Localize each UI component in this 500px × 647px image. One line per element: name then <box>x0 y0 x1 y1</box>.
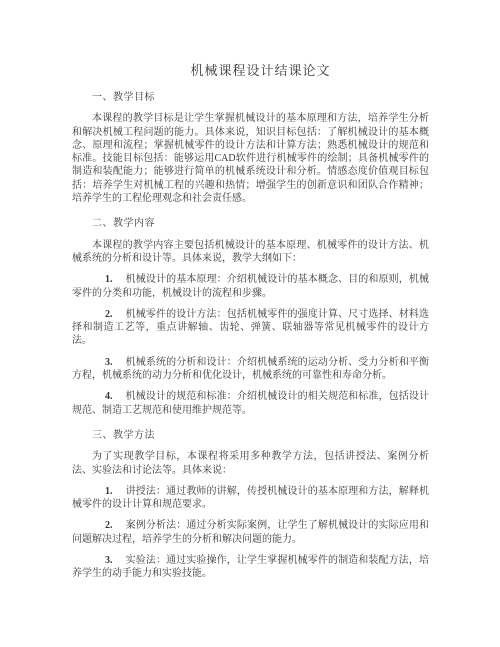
section-heading-teaching-methods: 三、教学方法 <box>72 429 429 442</box>
list-item-number: 1. <box>105 486 126 497</box>
list-item-method-2: 2.案例分析法：通过分析实际案例，让学生了解机械设计的实际应用和问题解决过程，培… <box>72 519 429 546</box>
list-item-number: 2. <box>105 309 126 320</box>
list-item-method-1: 1.讲授法：通过教师的讲解，传授机械设计的基本原理和方法，解释机械零件的设计计算… <box>72 485 429 512</box>
list-item-text: 机械系统的分析和设计：介绍机械系统的运动分析、受力分析和平衡方程，机械系统的动力… <box>72 357 429 381</box>
list-item-content-1: 1.机械设计的基本原理：介绍机械设计的基本概念、目的和原则，机械零件的分类和功能… <box>72 273 429 300</box>
list-item-number: 2. <box>105 520 126 531</box>
list-item-content-2: 2.机械零件的设计方法：包括机械零件的强度计算、尺寸选择、材料选择和制造工艺等，… <box>72 308 429 348</box>
list-item-text: 机械设计的基本原理：介绍机械设计的基本概念、目的和原则，机械零件的分类和功能，机… <box>72 274 429 298</box>
list-item-text: 机械零件的设计方法：包括机械零件的强度计算、尺寸选择、材料选择和制造工艺等，重点… <box>72 309 429 347</box>
list-item-number: 3. <box>105 555 126 566</box>
list-item-number: 3. <box>105 357 126 368</box>
paragraph-teaching-content-intro: 本课程的教学内容主要包括机械设计的基本原理、机械零件的设计方法、机械系统的分析和… <box>72 239 429 266</box>
list-item-method-3: 3.实验法：通过实验操作，让学生掌握机械零件的制造和装配方法，培养学生的动手能力… <box>72 554 429 581</box>
list-item-text: 实验法：通过实验操作，让学生掌握机械零件的制造和装配方法，培养学生的动手能力和实… <box>72 555 429 579</box>
document-content: 机械课程设计结课论文 一、教学目标 本课程的教学目标是让学生掌握机械设计的基本原… <box>0 0 500 581</box>
section-heading-teaching-objectives: 一、教学目标 <box>72 91 429 104</box>
list-item-content-3: 3.机械系统的分析和设计：介绍机械系统的运动分析、受力分析和平衡方程，机械系统的… <box>72 356 429 383</box>
list-item-text: 案例分析法：通过分析实际案例，让学生了解机械设计的实际应用和问题解决过程，培养学… <box>72 520 429 544</box>
list-item-content-4: 4.机械设计的规范和标准：介绍机械设计的相关规范和标准，包括设计规范、制造工艺规… <box>72 390 429 417</box>
document-title: 机械课程设计结课论文 <box>92 62 429 79</box>
paragraph-teaching-methods-intro: 为了实现教学目标，本课程将采用多种教学方法，包括讲授法、案例分析法、实验法和讨论… <box>72 450 429 477</box>
list-item-text: 机械设计的规范和标准：介绍机械设计的相关规范和标准，包括设计规范、制造工艺规范和… <box>72 391 429 415</box>
section-heading-teaching-content: 二、教学内容 <box>72 217 429 230</box>
paragraph-teaching-objectives: 本课程的教学目标是让学生掌握机械设计的基本原理和方法，培养学生分析和解决机械工程… <box>72 112 429 205</box>
list-item-number: 4. <box>105 391 126 402</box>
document-page: 机械课程设计结课论文 一、教学目标 本课程的教学目标是让学生掌握机械设计的基本原… <box>0 0 500 647</box>
list-item-number: 1. <box>105 274 126 285</box>
list-item-text: 讲授法：通过教师的讲解，传授机械设计的基本原理和方法，解释机械零件的设计计算和规… <box>72 486 429 510</box>
